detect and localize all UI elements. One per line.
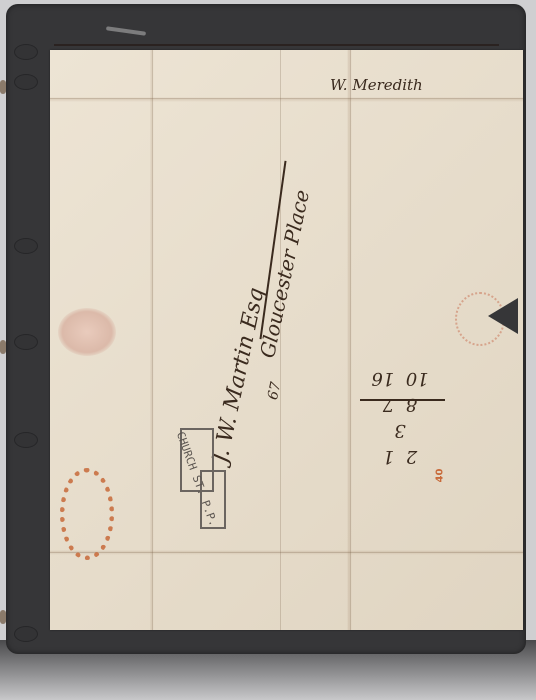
fold-line: [152, 50, 153, 630]
paper-tear: [488, 298, 518, 334]
sleeve-edge: [54, 44, 499, 46]
ring-hole: [14, 44, 38, 60]
ring-hole: [14, 74, 38, 90]
sleeve-glare: [106, 26, 146, 36]
fold-line: [350, 50, 351, 630]
red-rate-mark: 40: [434, 469, 445, 483]
rate-row: 8 7: [355, 391, 445, 417]
rate-row: 10 16: [355, 365, 445, 391]
binder-ring: [0, 340, 6, 354]
rate-row: 2 1: [355, 443, 445, 469]
ring-hole: [14, 626, 38, 642]
binder-ring: [0, 610, 6, 624]
ring-hole: [14, 432, 38, 448]
ring-hole: [14, 334, 38, 350]
letter-sheet: [50, 50, 523, 630]
fold-line: [50, 552, 523, 553]
wax-seal-remnant: [58, 308, 116, 356]
rate-row: 3: [355, 417, 445, 443]
rate-markings: 2 1 3 8 7 10 16: [355, 365, 445, 469]
binder-ring: [0, 80, 6, 94]
fold-line: [50, 98, 523, 99]
docket-signature: W. Meredith: [330, 76, 423, 94]
red-postmark: [60, 468, 114, 560]
rate-divider: [360, 399, 445, 401]
ring-hole: [14, 238, 38, 254]
